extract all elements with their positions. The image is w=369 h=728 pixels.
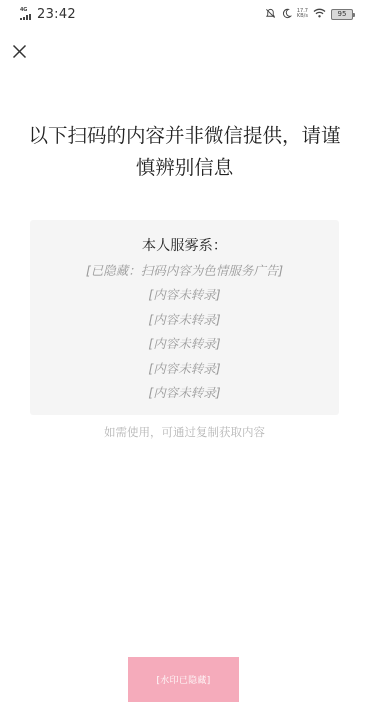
scanned-content-line: [已隐藏：扫码内容为色情服务广告] [38,259,331,284]
scanned-content-line: [内容未转录] [38,381,331,406]
close-button[interactable] [8,40,30,62]
warning-title: 以下扫码的内容并非微信提供，请谨慎辨别信息 [20,120,349,184]
mute-icon [265,8,276,21]
status-bar-right: 17.7 KB/s 95 [265,8,355,21]
status-bar-left: 4G 23:42 [20,7,76,22]
battery-level: 95 [338,10,347,18]
copy-hint: 如需使用，可通过复制获取内容 [0,424,369,440]
network-type-label: 4G [20,8,27,13]
watermark-label: [水印已隐藏] [156,673,210,686]
scanned-content-line: [内容未转录] [38,308,331,333]
scanned-content-line: [内容未转录] [38,357,331,382]
scanned-content-line: [内容未转录] [38,332,331,357]
scanned-content-heading: 本人服雾系： [38,234,331,259]
watermark-overlay: [水印已隐藏] [128,657,239,702]
wifi-icon [313,8,326,20]
network-speed-unit: KB/s [297,14,308,19]
clock-time: 23:42 [37,7,76,22]
scanned-content-box[interactable]: 本人服雾系： [已隐藏：扫码内容为色情服务广告] [内容未转录] [内容未转录]… [30,220,339,415]
battery-icon: 95 [331,9,353,20]
network-speed: 17.7 KB/s [297,9,308,20]
status-bar: 4G 23:42 17.7 KB/s 95 [0,0,369,28]
scanned-content-line: [内容未转录] [38,283,331,308]
signal-bars [20,14,31,20]
signal-icon: 4G [20,8,31,20]
moon-icon [281,8,292,21]
wechat-scan-result-screen: 4G 23:42 17.7 KB/s 95 [0,0,369,728]
close-icon [12,44,27,59]
